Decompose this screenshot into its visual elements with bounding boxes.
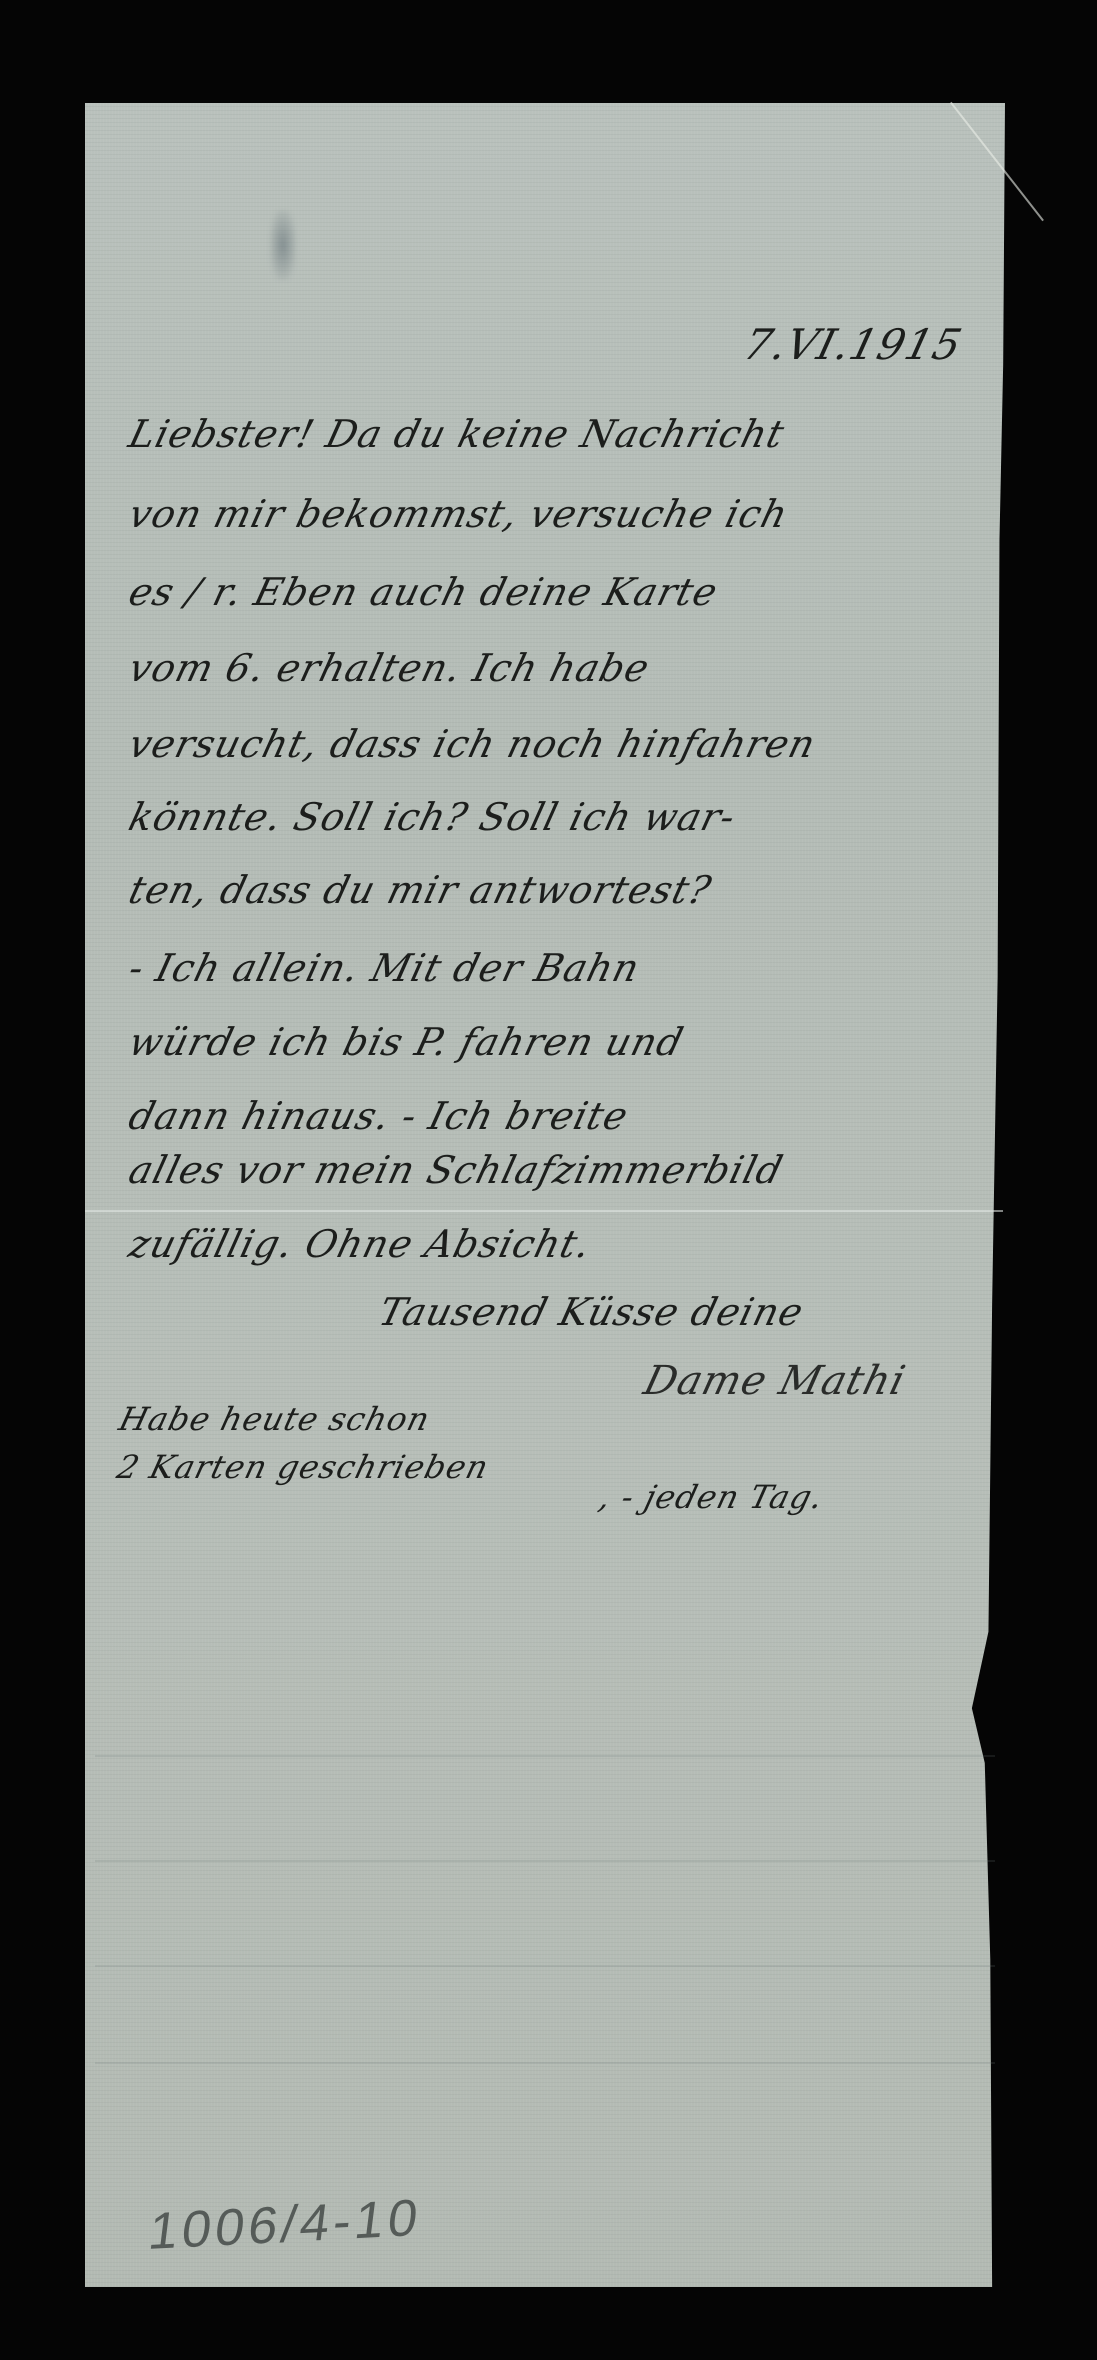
letter-line: versucht, dass ich noch hinfahren [125, 722, 821, 766]
letter-line: könnte. Soll ich? Soll ich war- [125, 795, 741, 839]
letter-line: zufällig. Ohne Absicht. [125, 1222, 596, 1266]
letter-signature: Dame Mathi [639, 1358, 910, 1404]
letter-line: - Ich allein. Mit der Bahn [125, 946, 645, 990]
paper-fold-crease [85, 1210, 1003, 1212]
letter-line: alles vor mein Schlafzimmerbild [125, 1148, 788, 1192]
letter-line: von mir bekommst, versuche ich [125, 492, 793, 536]
letter-closing: Tausend Küsse deine [375, 1290, 809, 1334]
postscript-line: , - jeden Tag. [595, 1478, 827, 1516]
faint-ruled-line [95, 1755, 995, 1757]
ink-smudge [270, 210, 296, 280]
letter-line: ten, dass du mir antwortest? [125, 868, 717, 912]
postscript-line: Habe heute schon [115, 1400, 434, 1438]
letter-line: es / r. Eben auch deine Karte [125, 570, 723, 614]
letter-line: Liebster! Da du keine Nachricht [125, 412, 790, 456]
faint-ruled-line [95, 2062, 995, 2064]
letter-date: 7.VI.1915 [739, 320, 967, 369]
postscript-line: 2 Karten geschrieben [113, 1448, 493, 1486]
letter-line: würde ich bis P. fahren und [125, 1020, 689, 1064]
letter-line: dann hinaus. - Ich breite [125, 1094, 634, 1138]
faint-ruled-line [95, 1860, 995, 1862]
letter-line: vom 6. erhalten. Ich habe [125, 646, 655, 690]
faint-ruled-line [95, 1965, 995, 1967]
